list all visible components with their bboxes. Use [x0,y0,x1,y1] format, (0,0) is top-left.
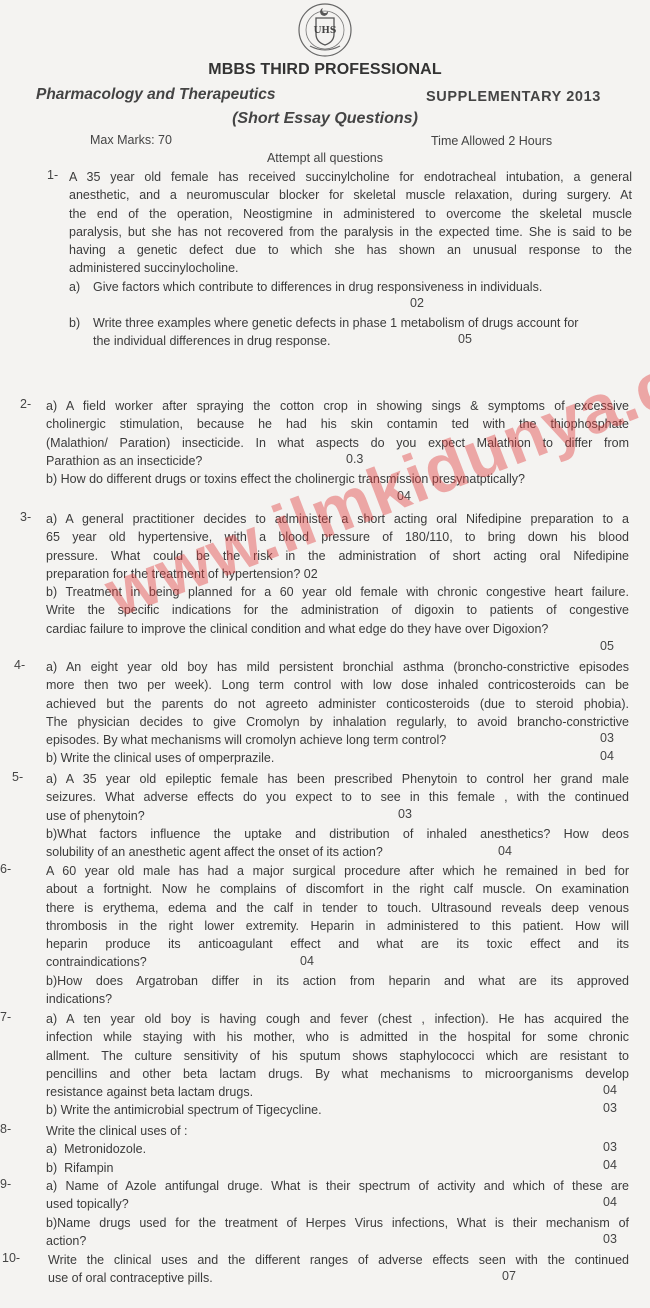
question-text: Write the clinical uses and the differen… [48,1251,629,1269]
instruction: Attempt all questions [0,151,650,165]
question-text: thrombosis in the right lower extremity.… [46,917,629,935]
question-9: a) Name of Azole antifungal druge. What … [46,1177,629,1250]
part-label: b) [69,316,80,330]
question-8: Write the clinical uses of : a) Metronid… [46,1122,629,1177]
marks: 03 [603,1232,617,1246]
question-text: Write the antimicrobial spectrum of Tige… [61,1103,322,1117]
question-text: achieved but the parents do not agreeto … [46,695,629,713]
marks: 04 [600,749,614,763]
question-text: heparin produce its anticoagulant effect… [46,935,629,953]
part-label: a) [46,772,57,786]
question-text: infection while staying with his mother,… [46,1028,629,1046]
question-text: How do different drugs or toxins effect … [61,472,525,486]
marks: 03 [398,807,412,821]
question-number: 5- [12,770,23,784]
part-label: a) [46,399,57,413]
question-text: contraindications? [46,953,629,971]
question-text: use of phenytoin? [46,807,629,825]
question-text: Treatment in being planned for a 60 year… [65,585,629,599]
marks: 04 [603,1195,617,1209]
question-text: seizures. What adverse effects do you ex… [46,788,629,806]
max-marks: Max Marks: 70 [90,133,172,147]
question-text: Write the specific indications for the a… [46,601,629,619]
question-text: used topically? [46,1195,629,1213]
question-text: Rifampin [64,1161,113,1175]
exam-session: SUPPLEMENTARY 2013 [426,89,601,105]
question-3: a) A general practitioner decides to adm… [46,510,629,638]
marks: 03 [603,1140,617,1154]
question-text: Write the clinical uses of omperprazile. [61,751,275,765]
question-text: the individual differences in drug respo… [93,332,633,350]
part-label: b) [46,1161,57,1175]
question-text: use of oral contraceptive pills. [48,1269,629,1287]
question-1b-text: Write three examples where genetic defec… [93,314,633,351]
question-text: about a fortnight. Now he complains of d… [46,880,629,898]
question-text: cardiac failure to improve the clinical … [46,620,629,638]
part-label: b) [46,585,57,599]
marks: 04 [397,489,411,503]
question-text: having a genetic defect due to which she… [69,241,632,259]
question-text: preparation for the treatment of hyperte… [46,565,629,583]
marks: 07 [502,1269,516,1283]
question-text: Name drugs used for the treatment of Her… [57,1216,629,1230]
question-number: 6- [0,862,11,876]
question-6: A 60 year old male has had a major surgi… [46,862,629,1008]
question-text: pressure. What could be the risk in the … [46,547,629,565]
marks: 04 [498,844,512,858]
question-text: indications? [46,990,629,1008]
question-text: cholinergic stimulation, because he had … [46,415,629,433]
question-4: a) An eight year old boy has mild persis… [46,658,629,768]
question-text: pencillins and other beta lactam drugs. … [46,1065,629,1083]
marks: 03 [600,731,614,745]
question-text: solubility of an anesthetic agent affect… [46,843,629,861]
question-text: there is erythema, edema and the calf in… [46,899,629,917]
question-text: How does Argatroban differ in its action… [57,974,629,988]
question-text: A field worker after spraying the cotton… [66,399,629,413]
part-label: a) [69,280,80,294]
subject-name: Pharmacology and Therapeutics [36,86,275,104]
paper-type: (Short Essay Questions) [0,110,650,128]
question-text: An eight year old boy has mild persisten… [66,660,629,674]
question-number: 10- [2,1251,20,1265]
part-label: b) [46,1216,57,1230]
question-number: 9- [0,1177,11,1191]
part-label: b) [46,1103,57,1117]
question-text: A 60 year old male has had a major surgi… [46,862,629,880]
question-text: resistance against beta lactam drugs. [46,1083,629,1101]
question-text: the end of the operation, Neostigmine in… [69,205,632,223]
marks: 05 [600,639,614,653]
question-number: 8- [0,1122,11,1136]
question-text: What factors influence the uptake and di… [57,827,629,841]
question-text: A general practitioner decides to admini… [65,512,629,526]
question-text: The physician decides to give Cromolyn b… [46,713,629,731]
part-label: b) [46,472,57,486]
question-number: 2- [20,397,31,411]
part-label: b) [46,751,57,765]
exam-title: MBBS THIRD PROFESSIONAL [0,61,650,79]
part-label: a) [46,1142,57,1156]
part-label: b) [46,827,57,841]
time-allowed: Time Allowed 2 Hours [431,134,552,148]
question-1a: a) [69,278,80,296]
part-label: a) [46,1012,57,1026]
question-text: administered succinylocholine. [69,259,632,277]
question-5: a) A 35 year old epileptic female has be… [46,770,629,861]
question-10: Write the clinical uses and the differen… [48,1251,629,1288]
question-text: 65 year old hypertensive, with a blood p… [46,528,629,546]
question-text: A 35 year old epileptic female has been … [66,772,629,786]
question-text: more then two per week). Long term contr… [46,676,629,694]
part-label: b) [46,974,57,988]
question-text: action? [46,1232,629,1250]
question-number: 4- [14,658,25,672]
marks: 04 [603,1083,617,1097]
question-text: Give factors which contribute to differe… [93,278,633,296]
marks: 04 [300,954,314,968]
marks: 0.3 [346,452,363,466]
question-number: 7- [0,1010,11,1024]
marks: 05 [458,332,472,346]
question-text: Write three examples where genetic defec… [93,314,633,332]
question-text: Parathion as an insecticide? [46,452,629,470]
marks: 04 [603,1158,617,1172]
question-1b: b) [69,314,80,332]
question-7: a) A ten year old boy is having cough an… [46,1010,629,1120]
part-label: a) [46,512,57,526]
question-text: A 35 year old female has received succin… [69,168,632,186]
part-label: a) [46,660,57,674]
question-number: 1- [47,168,58,182]
question-1: A 35 year old female has received succin… [69,168,632,278]
question-text: anesthetic, and a neuromuscular blocker … [69,186,632,204]
question-text: episodes. By what mechanisms will cromol… [46,731,629,749]
question-text: Name of Azole antifungal druge. What is … [65,1179,629,1193]
question-text: allment. The culture sensitivity of his … [46,1047,629,1065]
uhs-university-seal-icon: UHS [296,2,354,58]
question-number: 3- [20,510,31,524]
question-2a: a) A field worker after spraying the cot… [46,397,629,488]
part-label: a) [46,1179,57,1193]
question-text: Write the clinical uses of : [46,1122,629,1140]
question-1a-text: Give factors which contribute to differe… [93,278,633,296]
marks: 02 [410,296,424,310]
marks: 03 [603,1101,617,1115]
question-text: Metronidozole. [64,1142,146,1156]
question-text: paralysis, but she has not recovered fro… [69,223,632,241]
question-text: A ten year old boy is having cough and f… [66,1012,629,1026]
svg-text:UHS: UHS [314,26,337,36]
exam-paper: UHS MBBS THIRD PROFESSIONAL Pharmacology… [0,0,650,1308]
question-text: (Malathion/ Paration) insecticide. In wh… [46,434,629,452]
